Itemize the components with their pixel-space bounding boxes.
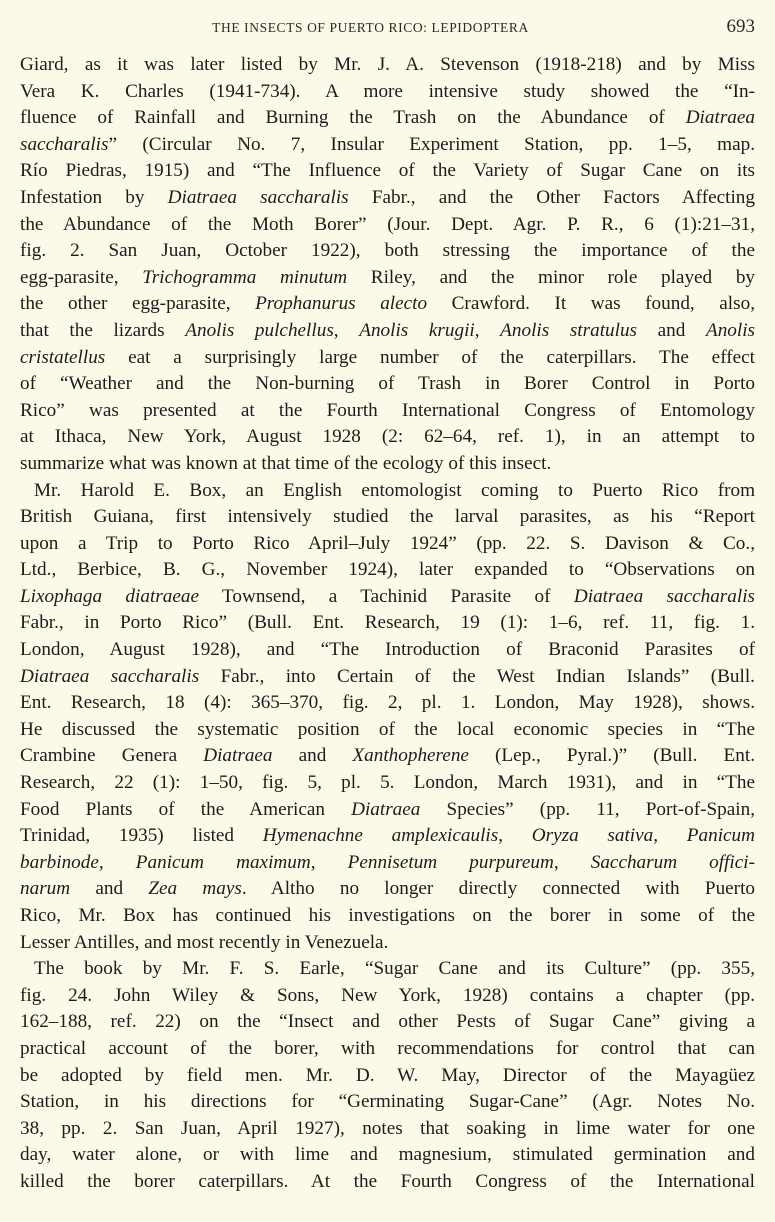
text-run: , bbox=[653, 825, 687, 846]
text-line: summarize what was known at that time of… bbox=[20, 451, 755, 478]
text-line: Food Plants of the American Diatraea Spe… bbox=[20, 797, 755, 824]
text-line: Fabr., in Porto Rico” (Bull. Ent. Resear… bbox=[20, 610, 755, 637]
text-line: 38, pp. 2. San Juan, April 1927), notes … bbox=[20, 1116, 755, 1143]
text-run: ” (Circular No. 7, Insular Experiment St… bbox=[108, 134, 755, 155]
italic-text: Diatraea bbox=[203, 745, 272, 766]
italic-text: barbinode bbox=[20, 852, 99, 873]
text-line: Lixophaga diatraeae Townsend, a Tachinid… bbox=[20, 584, 755, 611]
italic-text: Panicum bbox=[687, 825, 755, 846]
text-run: 38, pp. 2. San Juan, April 1927), notes … bbox=[20, 1118, 755, 1139]
text-line: fig. 2. San Juan, October 1922), both st… bbox=[20, 238, 755, 265]
text-run: Fabr., in Porto Rico” (Bull. Ent. Resear… bbox=[20, 612, 755, 633]
text-run: , bbox=[334, 320, 359, 341]
text-line: Station, in his directions for “Germinat… bbox=[20, 1089, 755, 1116]
text-run: fluence of Rainfall and Burning the Tras… bbox=[20, 107, 686, 128]
text-run: , bbox=[311, 852, 348, 873]
italic-text: Saccharum offici- bbox=[591, 852, 755, 873]
italic-text: Xanthopherene bbox=[352, 745, 469, 766]
text-run: Riley, and the minor role played by bbox=[347, 267, 755, 288]
text-run: (Lep., Pyral.)” (Bull. Ent. bbox=[469, 745, 755, 766]
text-line: British Guiana, first intensively studie… bbox=[20, 504, 755, 531]
text-run: Ltd., Berbice, B. G., November 1924), la… bbox=[20, 559, 755, 580]
italic-text: Hymenachne amplexicaulis bbox=[263, 825, 498, 846]
text-line: Mr. Harold E. Box, an English entomologi… bbox=[20, 478, 755, 505]
text-run: Crawford. It was found, also, bbox=[427, 293, 755, 314]
text-line: cristatellus eat a surprisingly large nu… bbox=[20, 345, 755, 372]
italic-text: Diatraea bbox=[686, 107, 755, 128]
text-run: Rico” was presented at the Fourth Intern… bbox=[20, 400, 755, 421]
text-run: Río Piedras, 1915) and “The Influence of… bbox=[20, 160, 755, 181]
text-line: Lesser Antilles, and most recently in Ve… bbox=[20, 930, 755, 957]
text-run: fig. 24. John Wiley & Sons, New York, 19… bbox=[20, 985, 755, 1006]
text-run: fig. 2. San Juan, October 1922), both st… bbox=[20, 240, 755, 261]
italic-text: Anolis stratulus bbox=[500, 320, 637, 341]
italic-text: Zea mays bbox=[148, 878, 242, 899]
italic-text: narum bbox=[20, 878, 70, 899]
body-text: Giard, as it was later listed by Mr. J. … bbox=[20, 52, 755, 1196]
text-run: eat a surprisingly large number of the c… bbox=[105, 347, 755, 368]
text-run: Food Plants of the American bbox=[20, 799, 351, 820]
text-line: London, August 1928), and “The Introduct… bbox=[20, 637, 755, 664]
text-line: Research, 22 (1): 1–50, fig. 5, pl. 5. L… bbox=[20, 770, 755, 797]
text-run: Infestation by bbox=[20, 187, 168, 208]
text-line: at Ithaca, New York, August 1928 (2: 62–… bbox=[20, 424, 755, 451]
text-line: Crambine Genera Diatraea and Xanthophere… bbox=[20, 743, 755, 770]
italic-text: cristatellus bbox=[20, 347, 105, 368]
text-run: upon a Trip to Porto Rico April–July 192… bbox=[20, 533, 755, 554]
italic-text: Diatraea bbox=[351, 799, 420, 820]
text-run: practical account of the borer, with rec… bbox=[20, 1038, 755, 1059]
text-line: Infestation by Diatraea saccharalis Fabr… bbox=[20, 185, 755, 212]
italic-text: saccharalis bbox=[20, 134, 108, 155]
text-line: day, water alone, or with lime and magne… bbox=[20, 1142, 755, 1169]
text-run: Fabr., into Certain of the West Indian I… bbox=[199, 666, 755, 687]
text-run: day, water alone, or with lime and magne… bbox=[20, 1144, 755, 1165]
text-line: Giard, as it was later listed by Mr. J. … bbox=[20, 52, 755, 79]
italic-text: Prophanurus alecto bbox=[255, 293, 427, 314]
text-run: Research, 22 (1): 1–50, fig. 5, pl. 5. L… bbox=[20, 772, 755, 793]
text-run: , bbox=[554, 852, 591, 873]
text-run: the other egg-parasite, bbox=[20, 293, 255, 314]
italic-text: Diatraea saccharalis bbox=[574, 586, 755, 607]
text-run: Fabr., and the Other Factors Affecting bbox=[349, 187, 755, 208]
text-line: egg-parasite, Trichogramma minutum Riley… bbox=[20, 265, 755, 292]
text-run: Species” (pp. 11, Port-of-Spain, bbox=[420, 799, 755, 820]
text-run: at Ithaca, New York, August 1928 (2: 62–… bbox=[20, 426, 755, 447]
italic-text: Anolis krugii bbox=[359, 320, 475, 341]
text-run: that the lizards bbox=[20, 320, 185, 341]
text-line: upon a Trip to Porto Rico April–July 192… bbox=[20, 531, 755, 558]
text-line: of “Weather and the Non-burning of Trash… bbox=[20, 371, 755, 398]
italic-text: Lixophaga diatraeae bbox=[20, 586, 199, 607]
text-line: Rico” was presented at the Fourth Intern… bbox=[20, 398, 755, 425]
text-run: Mr. Harold E. Box, an English entomologi… bbox=[34, 480, 755, 501]
text-line: Rico, Mr. Box has continued his investig… bbox=[20, 903, 755, 930]
text-line: Ent. Research, 18 (4): 365–370, fig. 2, … bbox=[20, 690, 755, 717]
text-run: British Guiana, first intensively studie… bbox=[20, 506, 755, 527]
text-run: , bbox=[99, 852, 136, 873]
text-run: Trinidad, 1935) listed bbox=[20, 825, 263, 846]
text-run: . Altho no longer directly connected wit… bbox=[242, 878, 755, 899]
document-page: THE INSECTS OF PUERTO RICO: LEPIDOPTERA … bbox=[0, 0, 775, 1222]
text-run: the Abundance of the Moth Borer” (Jour. … bbox=[20, 214, 755, 235]
text-run: 162–188, ref. 22) on the “Insect and oth… bbox=[20, 1011, 755, 1032]
italic-text: Panicum maximum bbox=[136, 852, 311, 873]
text-run: Townsend, a Tachinid Parasite of bbox=[199, 586, 574, 607]
italic-text: Trichogramma minutum bbox=[142, 267, 347, 288]
text-line: that the lizards Anolis pulchellus, Anol… bbox=[20, 318, 755, 345]
text-line: killed the borer caterpillars. At the Fo… bbox=[20, 1169, 755, 1196]
text-run: and bbox=[637, 320, 706, 341]
text-run: killed the borer caterpillars. At the Fo… bbox=[20, 1171, 755, 1192]
text-run: Lesser Antilles, and most recently in Ve… bbox=[20, 932, 388, 953]
text-run: Ent. Research, 18 (4): 365–370, fig. 2, … bbox=[20, 692, 755, 713]
italic-text: Diatraea saccharalis bbox=[20, 666, 199, 687]
text-run: London, August 1928), and “The Introduct… bbox=[20, 639, 755, 660]
text-line: barbinode, Panicum maximum, Pennisetum p… bbox=[20, 850, 755, 877]
running-head: THE INSECTS OF PUERTO RICO: LEPIDOPTERA … bbox=[20, 16, 755, 40]
italic-text: Oryza sativa bbox=[532, 825, 653, 846]
italic-text: Diatraea saccharalis bbox=[168, 187, 349, 208]
text-run: , bbox=[475, 320, 500, 341]
text-line: Ltd., Berbice, B. G., November 1924), la… bbox=[20, 557, 755, 584]
text-run: Crambine Genera bbox=[20, 745, 203, 766]
text-line: the Abundance of the Moth Borer” (Jour. … bbox=[20, 212, 755, 239]
text-run: and bbox=[70, 878, 148, 899]
text-line: 162–188, ref. 22) on the “Insect and oth… bbox=[20, 1009, 755, 1036]
text-line: the other egg-parasite, Prophanurus alec… bbox=[20, 291, 755, 318]
text-line: Vera K. Charles (1941-734). A more inten… bbox=[20, 79, 755, 106]
text-line: He discussed the systematic position of … bbox=[20, 717, 755, 744]
text-line: Trinidad, 1935) listed Hymenachne amplex… bbox=[20, 823, 755, 850]
text-run: He discussed the systematic position of … bbox=[20, 719, 755, 740]
page-number: 693 bbox=[727, 16, 756, 38]
text-run: egg-parasite, bbox=[20, 267, 142, 288]
text-line: fig. 24. John Wiley & Sons, New York, 19… bbox=[20, 983, 755, 1010]
text-line: fluence of Rainfall and Burning the Tras… bbox=[20, 105, 755, 132]
text-line: The book by Mr. F. S. Earle, “Sugar Cane… bbox=[20, 956, 755, 983]
text-run: of “Weather and the Non-burning of Trash… bbox=[20, 373, 755, 394]
text-line: be adopted by field men. Mr. D. W. May, … bbox=[20, 1063, 755, 1090]
italic-text: Anolis pulchellus bbox=[185, 320, 334, 341]
text-run: Station, in his directions for “Germinat… bbox=[20, 1091, 755, 1112]
text-run: summarize what was known at that time of… bbox=[20, 453, 551, 474]
italic-text: Pennisetum purpureum bbox=[348, 852, 554, 873]
text-run: be adopted by field men. Mr. D. W. May, … bbox=[20, 1065, 755, 1086]
text-line: practical account of the borer, with rec… bbox=[20, 1036, 755, 1063]
text-run: The book by Mr. F. S. Earle, “Sugar Cane… bbox=[34, 958, 755, 979]
text-run: Vera K. Charles (1941-734). A more inten… bbox=[20, 81, 755, 102]
running-title: THE INSECTS OF PUERTO RICO: LEPIDOPTERA bbox=[20, 20, 755, 36]
text-line: saccharalis” (Circular No. 7, Insular Ex… bbox=[20, 132, 755, 159]
text-line: narum and Zea mays. Altho no longer dire… bbox=[20, 876, 755, 903]
text-run: and bbox=[273, 745, 353, 766]
text-line: Diatraea saccharalis Fabr., into Certain… bbox=[20, 664, 755, 691]
text-run: , bbox=[498, 825, 532, 846]
italic-text: Anolis bbox=[706, 320, 755, 341]
text-run: Giard, as it was later listed by Mr. J. … bbox=[20, 54, 755, 75]
text-line: Río Piedras, 1915) and “The Influence of… bbox=[20, 158, 755, 185]
text-run: Rico, Mr. Box has continued his investig… bbox=[20, 905, 755, 926]
